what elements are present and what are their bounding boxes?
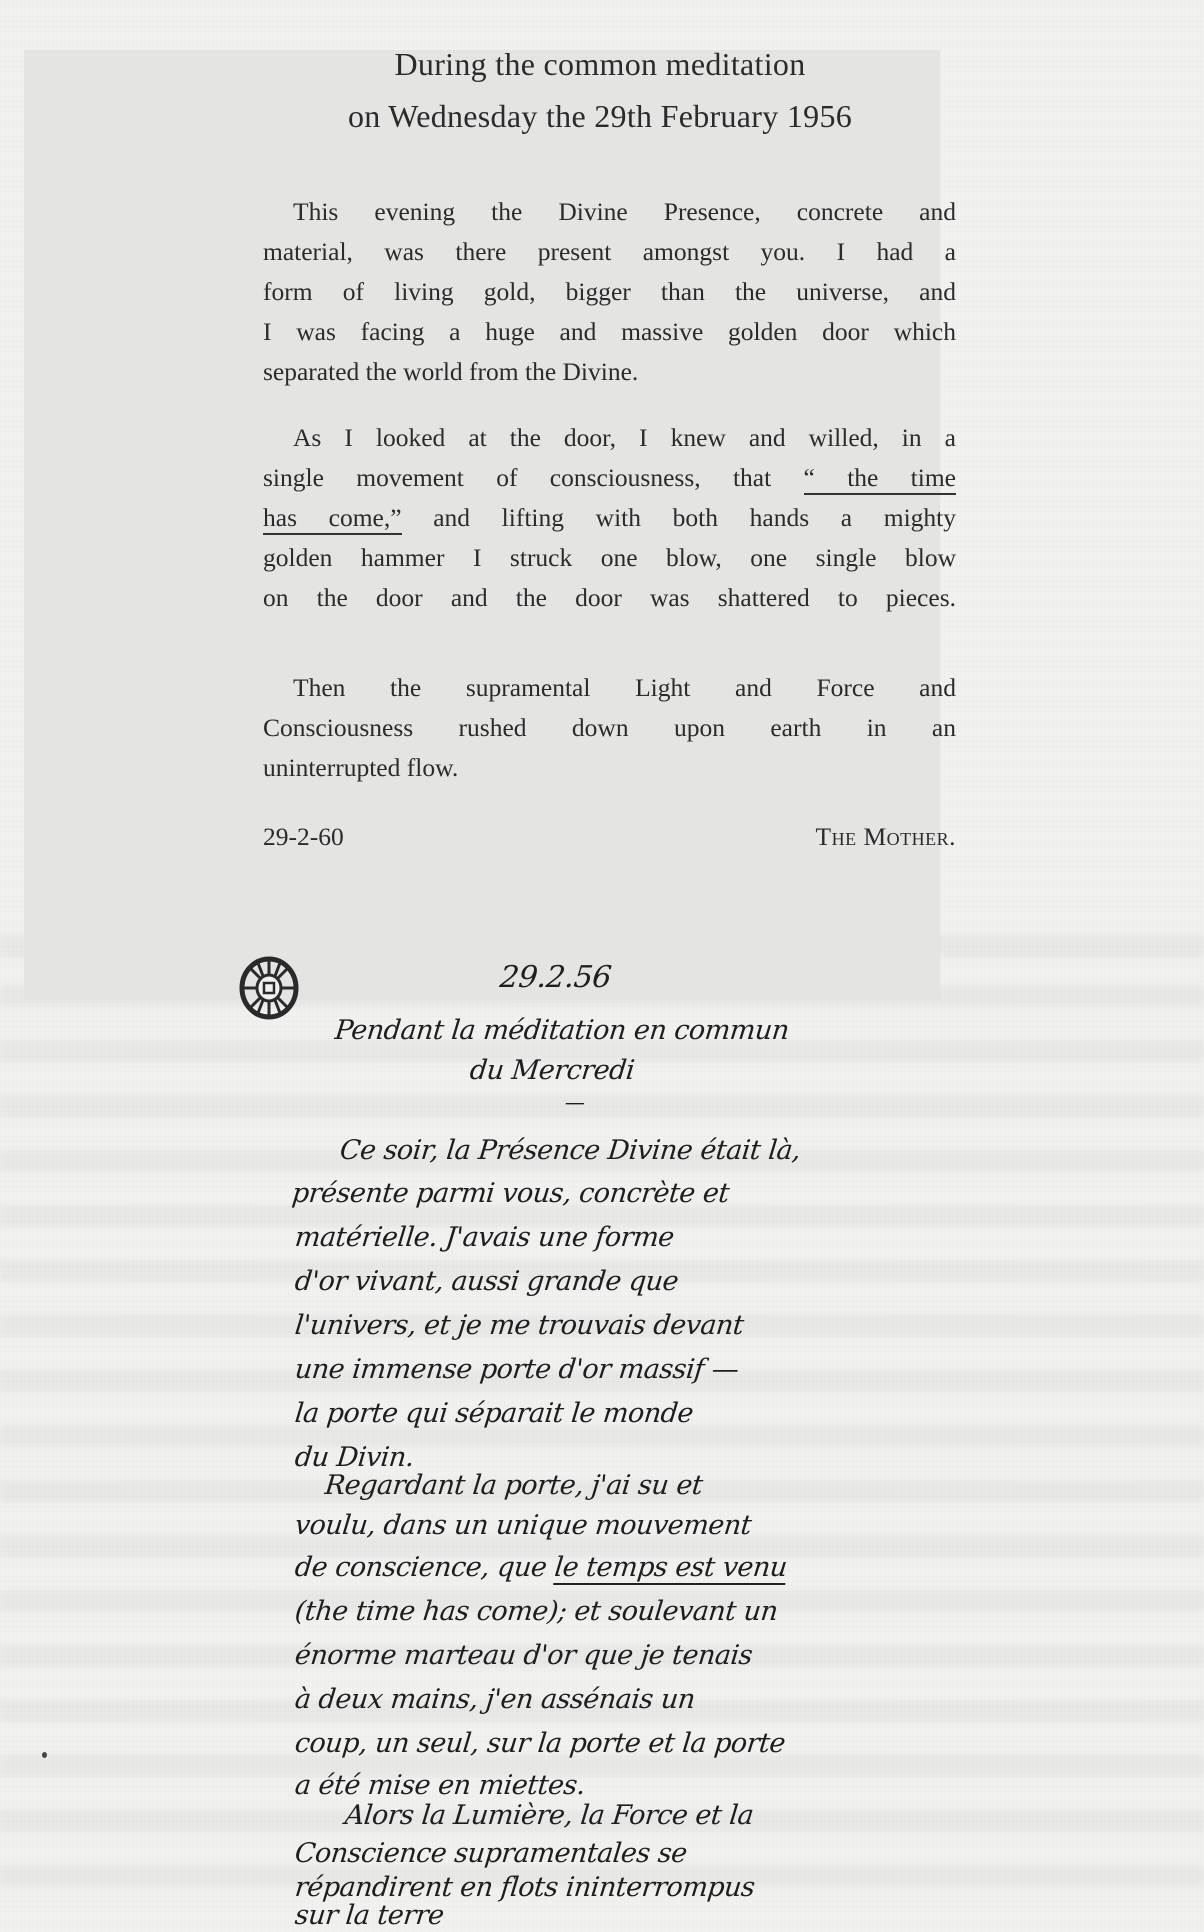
paragraph-line: I was facing a huge and massive golden d… (263, 312, 956, 352)
paragraph-line: Consciousness rushed down upon earth in … (263, 708, 956, 748)
signature: The Mother. (816, 822, 957, 852)
manuscript-line: répandirent en flots ininterrompus (293, 1872, 756, 1903)
paragraph-line: form of living gold, bigger than the uni… (263, 272, 956, 312)
manuscript-line: sur la terre (293, 1900, 445, 1931)
signature-row: 29-2-60 The Mother. (263, 822, 956, 852)
manuscript-line: du Mercredi (468, 1055, 635, 1086)
manuscript-line: matérielle. J'avais une forme (293, 1222, 675, 1253)
bleed-through (0, 1095, 1204, 1117)
paragraph-2: As I looked at the door, I knew and will… (263, 418, 956, 618)
manuscript-line: Regardant la porte, j'ai su et (323, 1470, 704, 1501)
manuscript-line: (the time has come); et soulevant un (293, 1596, 779, 1627)
manuscript-separator: — (564, 1090, 586, 1114)
title-line-1: During the common meditation (200, 40, 1000, 88)
manuscript-date: 29.2.56 (498, 960, 613, 995)
manuscript-line: Ce soir, la Présence Divine était là, (338, 1135, 802, 1166)
manuscript-line: l'univers, et je me trouvais devant (293, 1310, 745, 1341)
paragraph-3: Then the supramental Light and Force and… (263, 668, 956, 788)
manuscript-line: coup, un seul, sur la porte et la porte (293, 1728, 786, 1759)
paragraph-line: separated the world from the Divine. (263, 352, 956, 392)
text-run: de conscience, que (293, 1552, 548, 1583)
underlined-quote-end: has come,” (263, 503, 402, 535)
text-run: single movement of consciousness, that (263, 463, 804, 492)
manuscript-line: voulu, dans un unique mouvement (293, 1510, 752, 1541)
manuscript-line: d'or vivant, aussi grande que (293, 1266, 679, 1297)
ink-speck (42, 1752, 47, 1758)
paragraph-1: This evening the Divine Presence, concre… (263, 192, 956, 392)
paragraph-line: As I looked at the door, I knew and will… (263, 418, 956, 458)
manuscript-line: Conscience supramentales se (293, 1838, 688, 1869)
text-run: and lifting with both hands a mighty (402, 503, 956, 532)
paragraph-line: has come,” and lifting with both hands a… (263, 498, 956, 538)
paragraph-line: Then the supramental Light and Force and (263, 668, 956, 708)
manuscript-line: énorme marteau d'or que je tenais (293, 1640, 753, 1671)
manuscript-line: Alors la Lumière, la Force et la (343, 1800, 754, 1831)
lotus-emblem-icon (238, 955, 300, 1021)
manuscript-line: du Divin. (293, 1442, 415, 1473)
paragraph-line: on the door and the door was shattered t… (263, 578, 956, 618)
paragraph-line: uninterrupted flow. (263, 748, 956, 788)
paragraph-line: This evening the Divine Presence, concre… (263, 192, 956, 232)
underlined-quote-start: “ the time (804, 463, 956, 495)
paragraph-line: material, was there present amongst you.… (263, 232, 956, 272)
printed-date: 29-2-60 (263, 822, 344, 852)
paragraph-line: golden hammer I struck one blow, one sin… (263, 538, 956, 578)
manuscript-line: à deux mains, j'en assénais un (293, 1684, 696, 1715)
manuscript-line: une immense porte d'or massif — (293, 1354, 740, 1385)
manuscript-line: de conscience, que le temps est venu (293, 1552, 788, 1583)
paragraph-line: single movement of consciousness, that “… (263, 458, 956, 498)
manuscript-line: a été mise en miettes. (293, 1770, 586, 1801)
manuscript-line: présente parmi vous, concrète et (290, 1178, 730, 1209)
manuscript-line: Pendant la méditation en commun (333, 1015, 790, 1046)
manuscript-line: la porte qui séparait le monde (293, 1398, 694, 1429)
title-line-2: on Wednesday the 29th February 1956 (200, 92, 1000, 140)
underlined-phrase: le temps est venu (553, 1552, 789, 1585)
